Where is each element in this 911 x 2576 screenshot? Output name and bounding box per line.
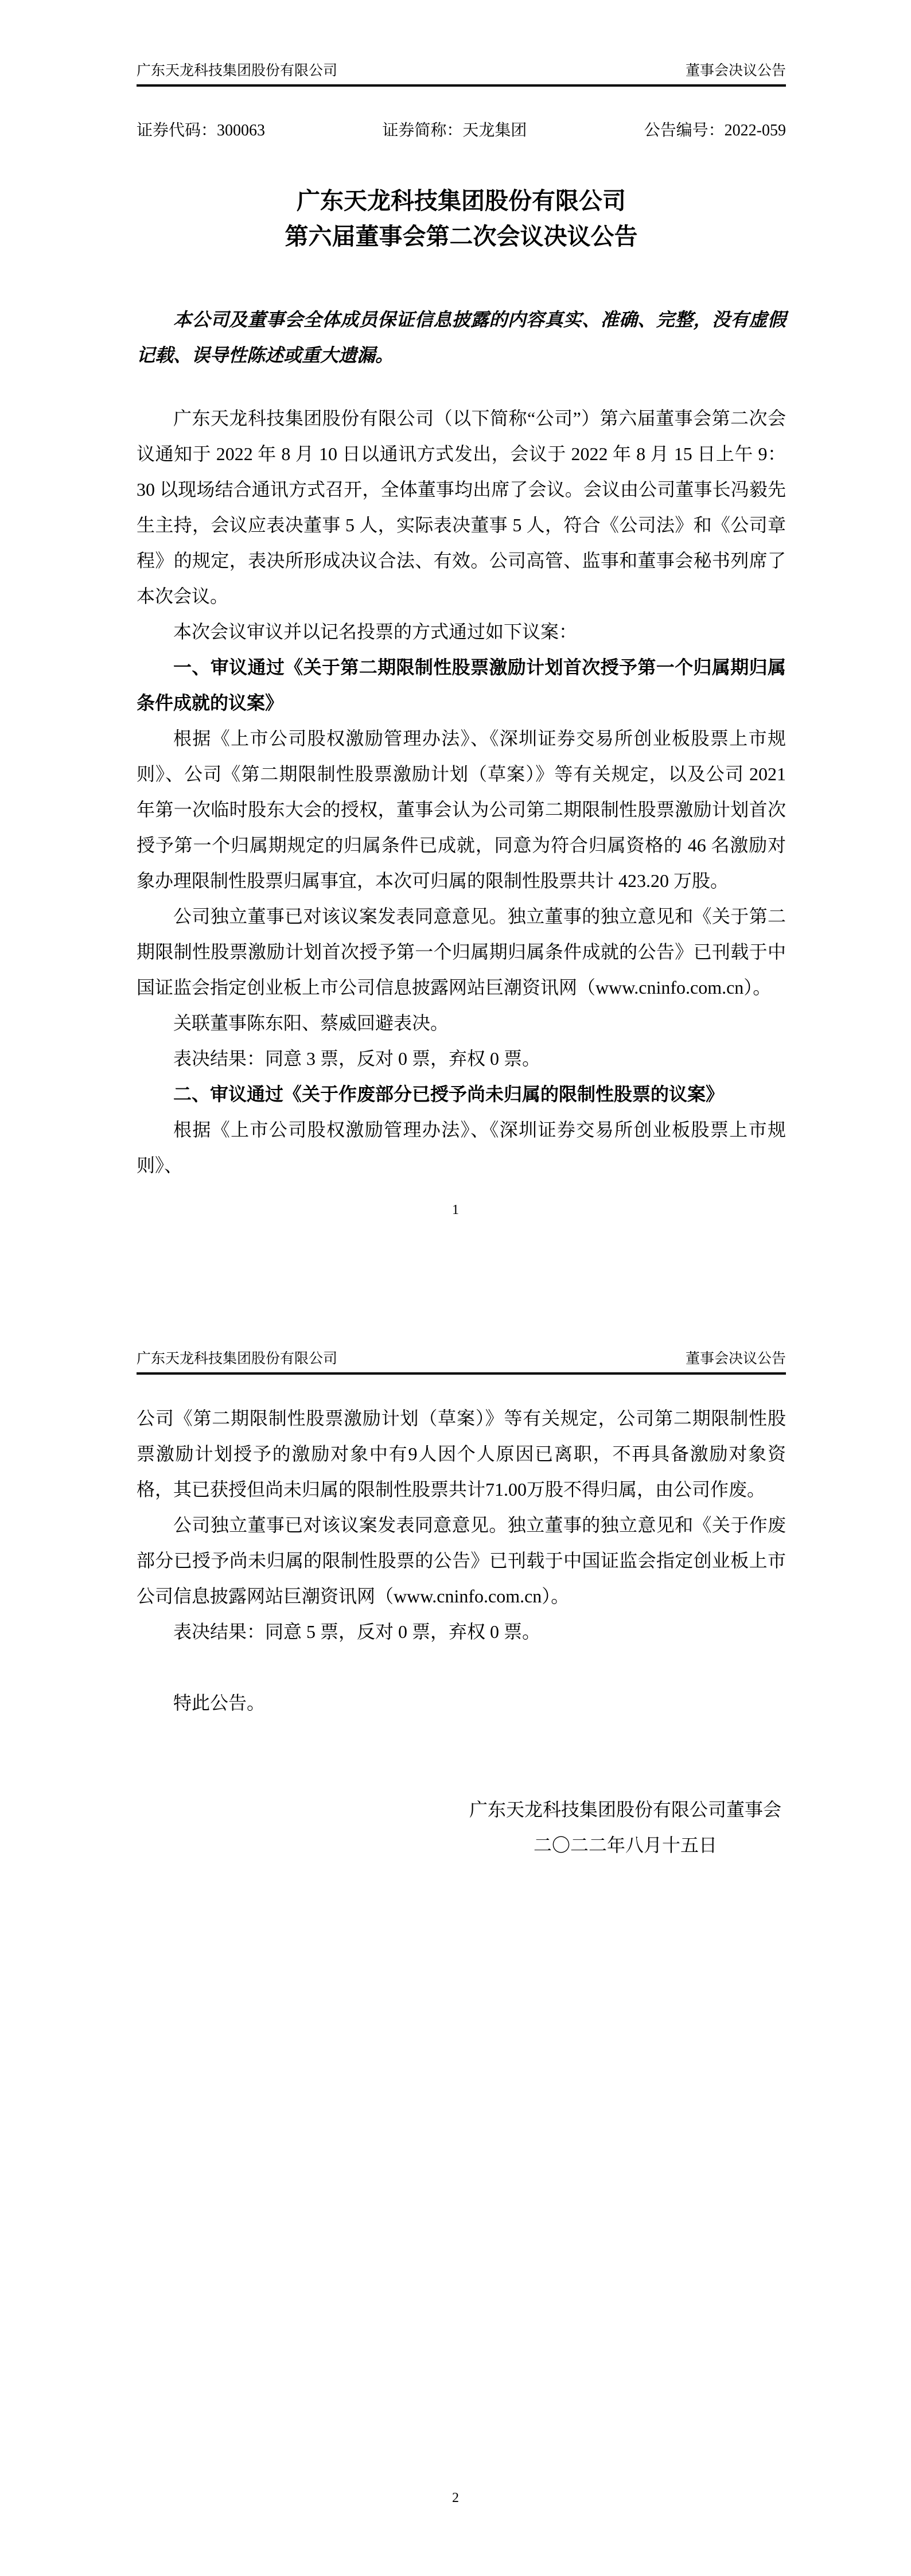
resolution-2-body-start-paragraph: 根据《上市公司股权激励管理办法》、《深圳证券交易所创业板股票上市规则》、 xyxy=(137,1112,786,1183)
resolution-2-heading: 二、审议通过《关于作废部分已授予尚未归属的限制性股票的议案》 xyxy=(137,1076,786,1112)
signature-block: 广东天龙科技集团股份有限公司董事会 二〇二二年八月十五日 xyxy=(469,1792,781,1863)
document-title: 广东天龙科技集团股份有限公司 第六届董事会第二次会议决议公告 xyxy=(137,183,786,254)
agenda-lead-paragraph: 本次会议审议并以记名投票的方式通过如下议案： xyxy=(137,614,786,649)
signature-company: 广东天龙科技集团股份有限公司董事会 xyxy=(469,1792,781,1827)
resolution-2-independent-opinion-paragraph: 公司独立董事已对该议案发表同意意见。独立董事的独立意见和《关于作废部分已授予尚未… xyxy=(137,1507,786,1614)
page-header: 广东天龙科技集团股份有限公司 董事会决议公告 xyxy=(137,1288,786,1375)
announcement-document: 广东天龙科技集团股份有限公司 董事会决议公告 证券代码：300063 证券简称：… xyxy=(0,0,911,2576)
resolution-1-vote-result: 表决结果：同意 3 票，反对 0 票，弃权 0 票。 xyxy=(137,1041,786,1076)
document-title-line2: 第六届董事会第二次会议决议公告 xyxy=(137,219,786,254)
resolution-2-vote-result: 表决结果：同意 5 票，反对 0 票，弃权 0 票。 xyxy=(137,1614,786,1649)
document-title-line1: 广东天龙科技集团股份有限公司 xyxy=(137,183,786,219)
page-number-1: 1 xyxy=(0,1202,911,1218)
closing-statement: 特此公告。 xyxy=(137,1685,786,1721)
page-2: 广东天龙科技集团股份有限公司 董事会决议公告 公司《第二期限制性股票激励计划（草… xyxy=(0,1288,911,2576)
announcement-number: 公告编号：2022-059 xyxy=(644,121,786,141)
page-1: 广东天龙科技集团股份有限公司 董事会决议公告 证券代码：300063 证券简称：… xyxy=(0,0,911,1288)
disclaimer-statement: 本公司及董事会全体成员保证信息披露的内容真实、准确、完整，没有虚假记载、误导性陈… xyxy=(137,302,786,373)
header-company-name: 广东天龙科技集团股份有限公司 xyxy=(137,1351,337,1367)
header-doc-type: 董事会决议公告 xyxy=(686,63,786,79)
page-number-2: 2 xyxy=(0,2490,911,2506)
meeting-intro-paragraph: 广东天龙科技集团股份有限公司（以下简称“公司”）第六届董事会第二次会议通知于 2… xyxy=(137,400,786,614)
resolution-1-independent-opinion-paragraph: 公司独立董事已对该议案发表同意意见。独立董事的独立意见和《关于第二期限制性股票激… xyxy=(137,898,786,1005)
stock-short-name: 证券简称：天龙集团 xyxy=(382,121,527,141)
resolution-1-heading: 一、审议通过《关于第二期限制性股票激励计划首次授予第一个归属期归属条件成就的议案… xyxy=(137,649,786,721)
resolution-2-body-continued-paragraph: 公司《第二期限制性股票激励计划（草案）》等有关规定，公司第二期限制性股票激励计划… xyxy=(137,1400,786,1507)
header-doc-type: 董事会决议公告 xyxy=(686,1351,786,1367)
page-header: 广东天龙科技集团股份有限公司 董事会决议公告 xyxy=(137,0,786,87)
stock-info-row: 证券代码：300063 证券简称：天龙集团 公告编号：2022-059 xyxy=(137,121,786,141)
resolution-1-recusal-note: 关联董事陈东阳、蔡威回避表决。 xyxy=(137,1005,786,1041)
stock-code: 证券代码：300063 xyxy=(137,121,265,141)
header-company-name: 广东天龙科技集团股份有限公司 xyxy=(137,63,337,79)
resolution-1-body-paragraph: 根据《上市公司股权激励管理办法》、《深圳证券交易所创业板股票上市规则》、公司《第… xyxy=(137,721,786,898)
signature-date: 二〇二二年八月十五日 xyxy=(469,1827,781,1863)
